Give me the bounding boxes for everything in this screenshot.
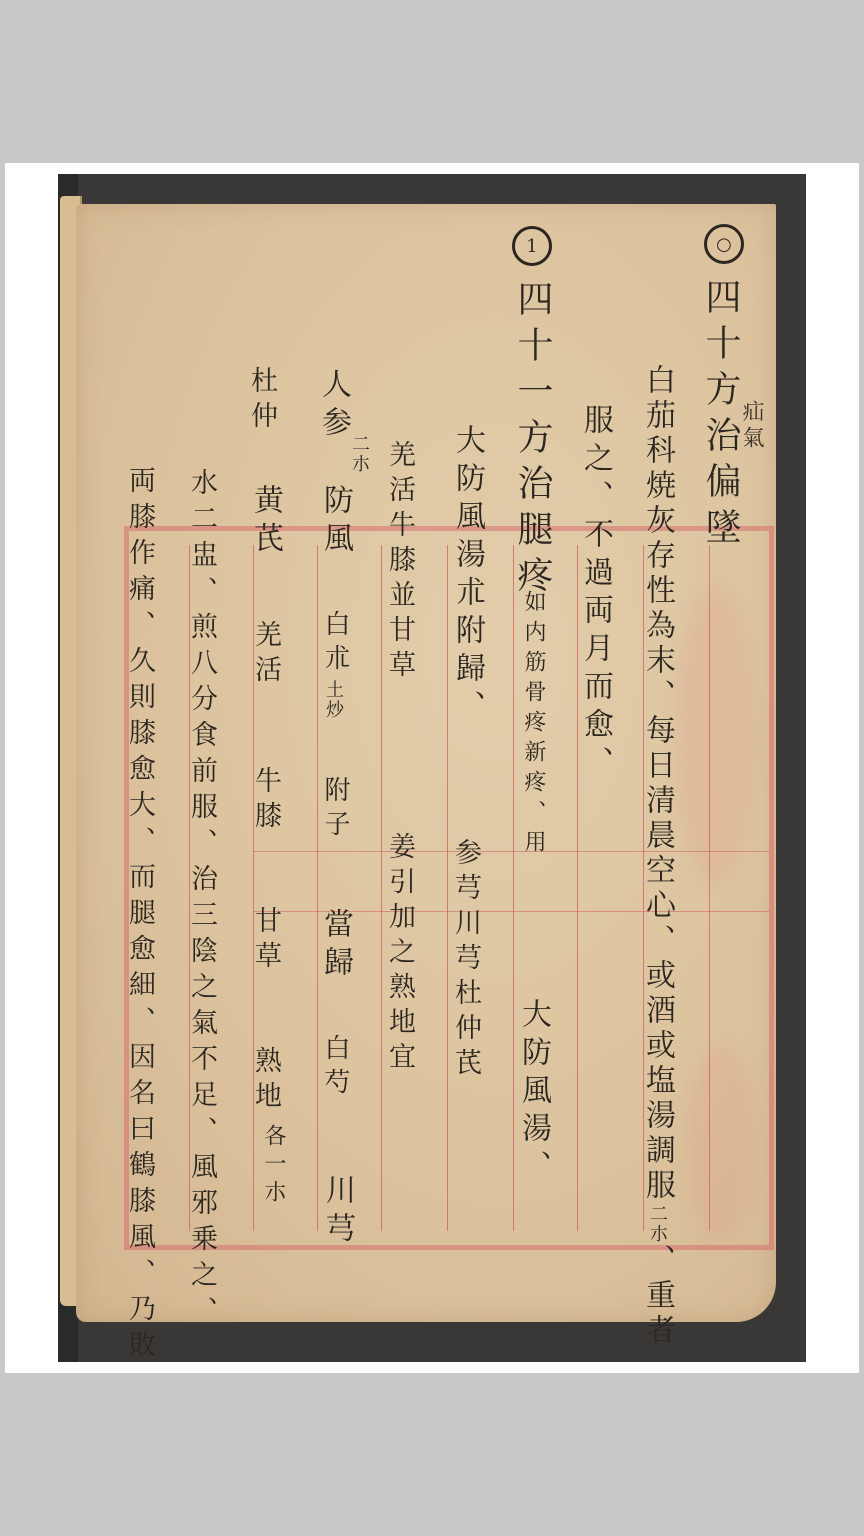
column-6-verse-b: 姜引加之熟地宜	[386, 832, 413, 1077]
column-8-herb: 杜仲	[248, 366, 275, 436]
column-1-title: 四十方治偏墜	[702, 278, 738, 554]
column-6-verse-a: 羌活牛膝並甘草	[386, 440, 413, 685]
column-5-verse-a: 大防風湯朮附歸、	[452, 424, 482, 728]
column-7-prep-note: 土炒	[324, 680, 342, 720]
column-7-herb: 當歸	[320, 908, 350, 984]
column-2-dose: 二朩	[647, 1204, 668, 1244]
ruled-grid-frame	[124, 526, 774, 1250]
column-7-herb: 人参	[318, 368, 348, 444]
column-7-herb: 川芎	[322, 1174, 352, 1250]
column-8-herb: 黄芪	[250, 484, 280, 560]
column-7-dose: 二朩	[350, 434, 368, 474]
grid-line	[317, 545, 318, 1231]
grid-line	[381, 545, 382, 1231]
circle-marker-icon: ○	[704, 224, 744, 264]
column-8-herb: 牛膝	[252, 766, 279, 836]
paper-page: ○ 四十方治偏墜 疝氣 白茄科焼灰存性為末、每日清晨空心、或酒或塩湯調服二朩、重…	[76, 204, 776, 1322]
grid-line	[513, 545, 514, 1231]
column-5-verse-b: 参芎川芎杜仲芪	[452, 838, 479, 1083]
column-9-text: 水二盅、煎八分食前服、治三陰之氣不足、風邪乗之、	[188, 468, 215, 1332]
column-8-dose: 各一朩	[262, 1124, 284, 1208]
grid-hline	[253, 851, 769, 852]
circled-one-marker-icon: 1	[512, 226, 552, 266]
column-10-text: 両膝作痛、久則膝愈大、而腿愈細、因名曰鶴膝風、乃敗	[126, 466, 153, 1362]
column-7-herb: 防風	[320, 484, 350, 560]
grid-line	[447, 545, 448, 1231]
column-7-herb: 白朮	[322, 610, 348, 678]
column-7-herb: 白芍	[322, 1034, 348, 1102]
column-4-heading: 四十一方治腿疼	[514, 280, 550, 602]
column-2-tail: 、重者	[640, 1244, 675, 1349]
column-7-herb: 附子	[322, 776, 348, 844]
column-2-main: 白茄科焼灰存性為末、每日清晨空心、或酒或塩湯調服	[640, 364, 675, 1204]
scanned-book-page: ○ 四十方治偏墜 疝氣 白茄科焼灰存性為末、每日清晨空心、或酒或塩湯調服二朩、重…	[58, 174, 806, 1362]
column-4-formula: 大防風湯、	[518, 998, 548, 1188]
column-1-side-note: 疝氣	[740, 400, 762, 452]
column-3-text: 服之、不過両月而愈、	[580, 404, 610, 784]
column-8-herb: 羌活	[252, 620, 279, 690]
column-4-note: 如内筋骨疼新疼、用	[522, 590, 544, 860]
column-8-herb: 熟地	[252, 1046, 279, 1116]
grid-line	[709, 545, 710, 1231]
column-8-herb: 甘草	[252, 906, 279, 976]
column-2-text: 白茄科焼灰存性為末、每日清晨空心、或酒或塩湯調服二朩、重者	[642, 364, 672, 1349]
